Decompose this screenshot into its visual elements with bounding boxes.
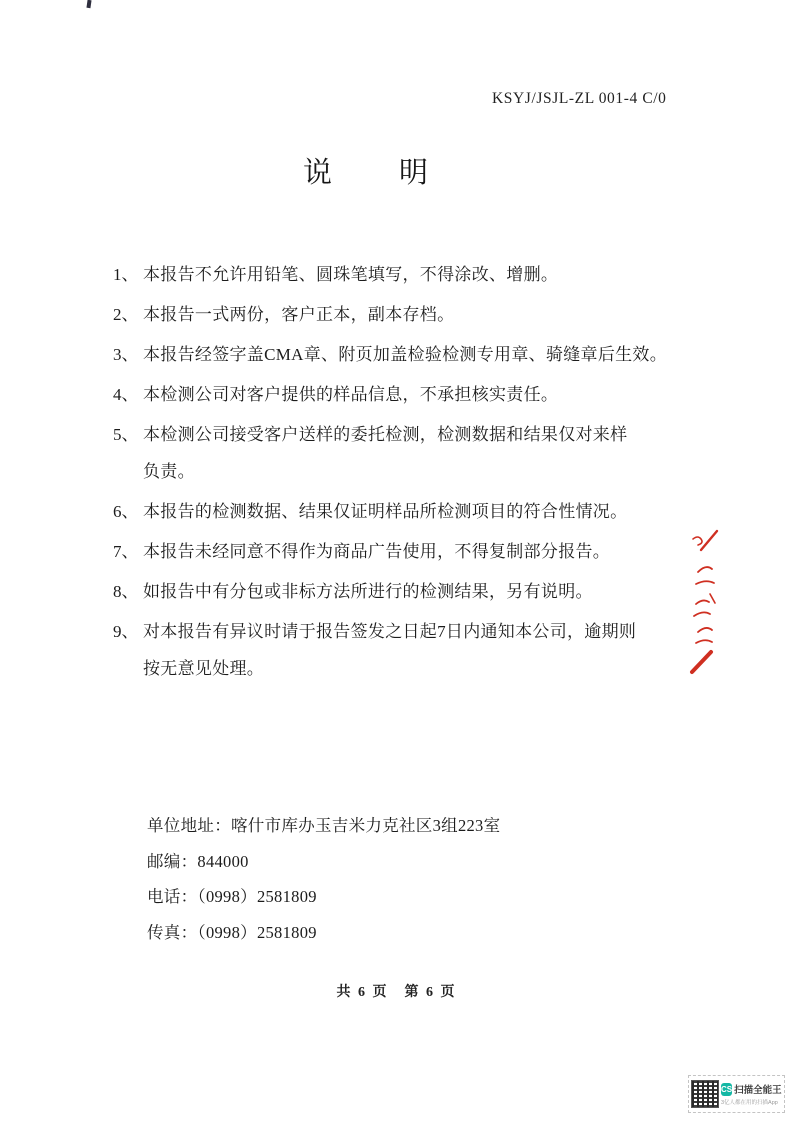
item-text: 本报告未经同意不得作为商品广告使用，不得复制部分报告。 <box>143 533 610 570</box>
item-number: 7、 <box>113 533 143 570</box>
list-item: 4、 本检测公司对客户提供的样品信息，不承担核实责任。 <box>113 376 678 413</box>
list-item: 9、 对本报告有异议时请于报告签发之日起7日内通知本公司，逾期则 按无意见处理。 <box>113 613 678 687</box>
item-text: 对本报告有异议时请于报告签发之日起7日内通知本公司，逾期则 按无意见处理。 <box>143 613 636 687</box>
item-number: 5、 <box>113 416 143 453</box>
item-text: 本检测公司接受客户送样的委托检测，检测数据和结果仅对来样 负责。 <box>143 416 627 490</box>
page-footer: 共 6 页第 6 页 <box>0 981 793 1001</box>
handwritten-red-annotation <box>686 528 724 676</box>
page-title: 说 明 <box>303 150 431 191</box>
scanned-report-page: KSYJ/JSJL-ZL 001-4 C/0 说 明 1、 本报告不允许用铅笔、… <box>0 0 793 1122</box>
item-number: 3、 <box>113 336 143 373</box>
document-code: KSYJ/JSJL-ZL 001-4 C/0 <box>492 90 667 108</box>
notes-list: 1、 本报告不允许用铅笔、圆珠笔填写，不得涂改、增删。 2、 本报告一式两份，客… <box>113 256 678 690</box>
scan-artifact-mark <box>86 0 91 8</box>
camscanner-logo-icon: CS <box>721 1083 732 1096</box>
item-text: 如报告中有分包或非标方法所进行的检测结果，另有说明。 <box>143 573 593 610</box>
list-item: 5、 本检测公司接受客户送样的委托检测，检测数据和结果仅对来样 负责。 <box>113 416 678 490</box>
list-item: 8、 如报告中有分包或非标方法所进行的检测结果，另有说明。 <box>113 573 678 610</box>
item-text: 本报告不允许用铅笔、圆珠笔填写，不得涂改、增删。 <box>143 256 558 293</box>
item-number: 2、 <box>113 296 143 333</box>
list-item: 7、 本报告未经同意不得作为商品广告使用，不得复制部分报告。 <box>113 533 678 570</box>
list-item: 3、 本报告经签字盖CMA章、附页加盖检验检测专用章、骑缝章后生效。 <box>113 336 678 373</box>
scanner-app-tagline: 3亿人都在用的扫描App <box>721 1098 781 1106</box>
item-number: 8、 <box>113 573 143 610</box>
phone-number: 电话：（0998）2581809 <box>147 879 500 915</box>
item-text: 本检测公司对客户提供的样品信息，不承担核实责任。 <box>143 376 558 413</box>
company-address: 单位地址：喀什市库办玉吉米力克社区3组223室 <box>147 808 500 844</box>
fax-number: 传真：（0998）2581809 <box>147 915 500 951</box>
item-text: 本报告的检测数据、结果仅证明样品所检测项目的符合性情况。 <box>143 493 627 530</box>
list-item: 2、 本报告一式两份，客户正本，副本存档。 <box>113 296 678 333</box>
current-page: 第 6 页 <box>405 985 457 1000</box>
list-item: 6、 本报告的检测数据、结果仅证明样品所检测项目的符合性情况。 <box>113 493 678 530</box>
item-text: 本报告经签字盖CMA章、附页加盖检验检测专用章、骑缝章后生效。 <box>143 336 667 373</box>
item-number: 1、 <box>113 256 143 293</box>
scanner-watermark: CS 扫描全能王 3亿人都在用的扫描App <box>688 1075 785 1113</box>
item-number: 6、 <box>113 493 143 530</box>
qr-code-icon <box>692 1081 718 1107</box>
total-pages: 共 6 页 <box>337 985 389 1000</box>
list-item: 1、 本报告不允许用铅笔、圆珠笔填写，不得涂改、增删。 <box>113 256 678 293</box>
item-number: 4、 <box>113 376 143 413</box>
item-text: 本报告一式两份，客户正本，副本存档。 <box>143 296 454 333</box>
scanner-app-name: 扫描全能王 <box>734 1082 782 1096</box>
postal-code: 邮编：844000 <box>147 844 500 880</box>
contact-block: 单位地址：喀什市库办玉吉米力克社区3组223室 邮编：844000 电话：（09… <box>147 808 500 950</box>
item-number: 9、 <box>113 613 143 650</box>
